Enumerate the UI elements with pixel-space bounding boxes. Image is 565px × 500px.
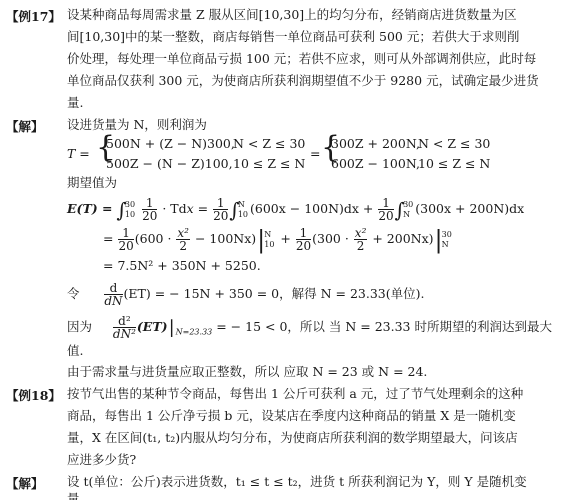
ex18-solution-line-2: 量. (67, 491, 83, 500)
ET-line1-part2: (600x − 100N)dx + (250, 201, 373, 216)
conclusion: 由于需求量与进货量应取正整数，所以 应取 N = 23 或 N = 24. (67, 364, 427, 380)
T-simpl-1-expr: 300Z + 200N, (331, 136, 420, 152)
first-derivative-line: 令 ddN(ET) = − 15N + 350 = 0，解得 N = 23.33… (67, 280, 424, 308)
ex18-problem-line-3: 量，X 在区间(t₁, t₂)内服从均匀分布，为使商店所获利润的数学期望最大，问… (67, 430, 518, 446)
ET-result: = 7.5N² + 350N + 5250. (103, 258, 261, 274)
ex17-problem-line-1: 设某种商品每周需求量 Z 服从区间[10,30]上的均匀分布，经销商店进货数量为… (67, 7, 517, 23)
integral-sign: ∫ (116, 198, 126, 222)
ex18-problem-line-2: 商品，每售出 1 公斤净亏损 b 元，设某店在季度内这种商品的销量 X 是一随机… (67, 408, 516, 424)
ex17-problem-line-2: 间[10,30]中的某一整数，商店每销售一单位商品可获利 500 元；若供大于求… (67, 29, 519, 45)
example-17-label: 【例17】 (6, 7, 61, 25)
example-18-label: 【例18】 (6, 386, 61, 404)
ex17-solution-intro: 设进货量为 N，则利润为 (67, 117, 207, 133)
ex18-solution-label: 【解】 (6, 474, 44, 492)
d2-dN2-fraction: d²dN² (113, 315, 136, 340)
T-label: T = (67, 146, 90, 162)
ex18-problem-line-1: 按节气出售的某种节令商品，每售出 1 公斤可获利 a 元，过了节气处理剩余的这种 (67, 386, 523, 402)
T-case-2-cond: 10 ≤ Z ≤ N (233, 156, 305, 172)
ET-lhs: E(T) = (67, 201, 112, 216)
ex18-solution-line-1: 设 t(单位：公斤)表示进货数，t₁ ≤ t ≤ t₂，进货 t 所获利润记为 … (67, 474, 527, 490)
fraction-1-20: 120 (213, 197, 228, 222)
T-case-1-cond: N < Z ≤ 30 (233, 136, 305, 152)
T-simpl-2-expr: 600Z − 100N, (331, 156, 420, 172)
ex17-solution-label: 【解】 (6, 117, 44, 135)
second-derivative-line: 因为 d²dN²(ET)|N=23.33 = − 15 < 0，所以 当 N =… (67, 313, 552, 347)
integral-sign: ∫ (395, 198, 405, 222)
T-case-1-expr: 500N + (Z − N)300, (106, 136, 235, 152)
T-case-2-expr: 500Z − (N − Z)100, (106, 156, 233, 172)
integral-sign: ∫ (229, 198, 239, 222)
ET-line-1: E(T) = ∫3010 120 · Tdx = 120∫N10(600x − … (67, 196, 524, 223)
second-derivative-cont: 值. (67, 343, 83, 359)
ET-line1-part1: · Td (162, 201, 186, 216)
expectation-intro: 期望值为 (67, 175, 117, 191)
ex17-problem-line-4: 单位商品仅获利 300 元，为使商店所获利润期望值不少于 9280 元，试确定最… (67, 73, 539, 89)
ex17-problem-line-3: 价处理，每处理一单位商品亏损 100 元；若供不应求，则可从外部调剂供应，此时每 (67, 51, 536, 67)
ET-line-2: = 120(600 · x²2 − 100Nx)|N10 + 120(300 ·… (103, 226, 454, 252)
fraction-1-20: 120 (378, 197, 393, 222)
ex17-problem-line-5: 量. (67, 95, 83, 111)
d-dN-fraction: ddN (104, 282, 122, 307)
T-simpl-2-cond: 10 ≤ Z ≤ N (418, 156, 490, 172)
ET-line1-part3: (300x + 200N)dx (415, 201, 524, 216)
T-equals: = (310, 146, 320, 162)
T-simpl-1-cond: N < Z ≤ 30 (418, 136, 490, 152)
ex18-problem-line-4: 应进多少货? (67, 452, 136, 468)
fraction-1-20: 120 (142, 197, 157, 222)
